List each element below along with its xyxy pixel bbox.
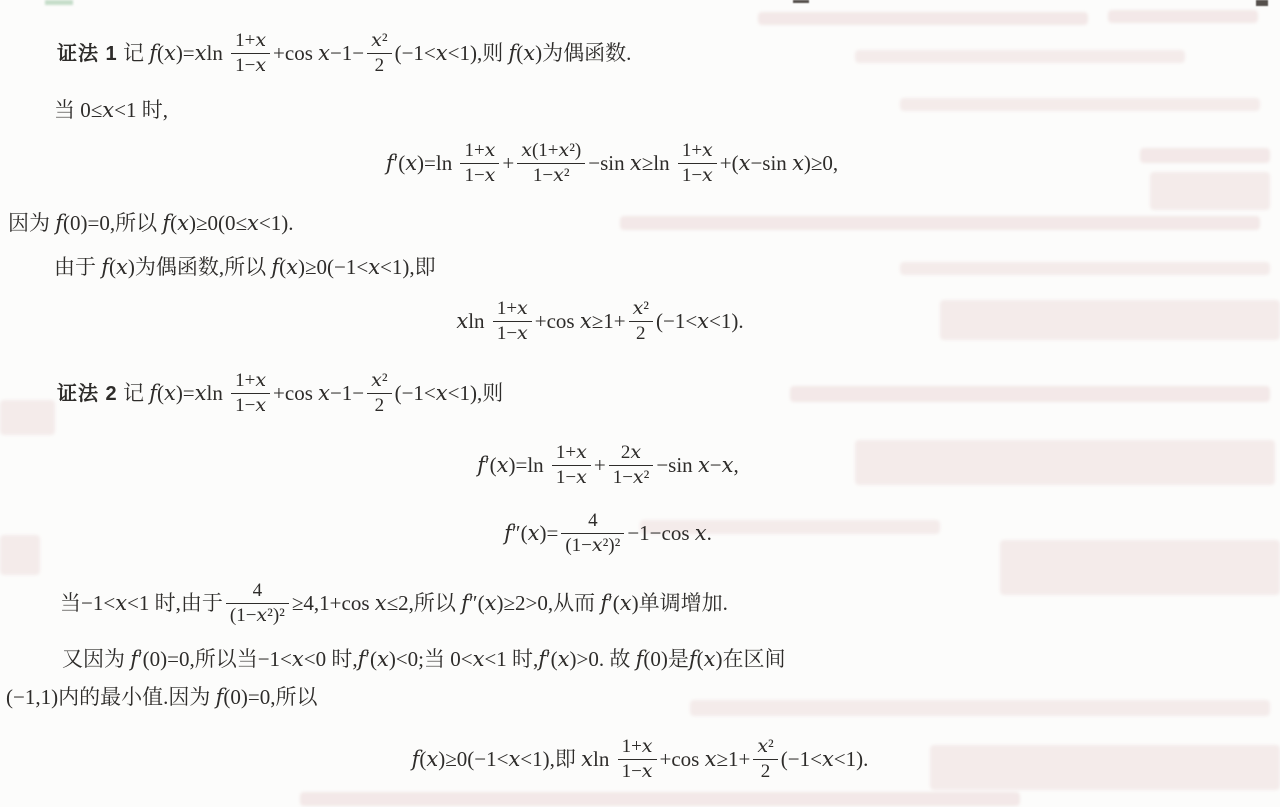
fraction: 1+x1−x [460,140,499,187]
proof2-final-inequality: f(x)≥0(−1<x<1),即 xln 1+x1−x+cos x≥1+x²2(… [0,738,1280,785]
proof2-sign-analysis-line: 又因为 f′(0)=0,所以当−1<x<0 时,f′(x)<0;当 0<x<1 … [62,646,785,673]
proof1-even-function-line: 由于 f(x)为偶函数,所以 f(x)≥0(−1<x<1),即 [54,254,436,281]
fraction: 1+x1−x [678,140,717,187]
proof2-monotonicity-line: 当−1<x<1 时,由于4(1−x²)²≥4,1+cos x≤2,所以 f″(x… [60,582,728,629]
proof1-derivative-equation: f′(x)=ln 1+x1−x+x(1+x²)1−x²−sin x≥ln 1+x… [0,142,1280,189]
highlighter-mark [45,0,73,5]
bleedthrough-smudge [900,98,1260,111]
fraction: x(1+x²)1−x² [517,140,585,187]
proof2-second-derivative-equation: f″(x)=4(1−x²)²−1−cos x. [0,512,1280,559]
bleedthrough-smudge [855,50,1185,63]
proof1-result-inequality: xln 1+x1−x+cos x≥1+x²2(−1<x<1). [0,300,1280,347]
fraction: 1+x1−x [493,298,532,345]
fraction: 4(1−x²)² [561,510,624,557]
fraction: 1+x1−x [618,736,657,783]
fraction: x²2 [367,370,391,417]
proof1-opening-line: 证法 1 记 f(x)=xln 1+x1−x+cos x−1−x²2(−1<x<… [57,32,631,79]
ink-dash [793,0,809,3]
scanned-textbook-page: 证法 1 记 f(x)=xln 1+x1−x+cos x−1−x²2(−1<x<… [0,0,1280,807]
ink-dash [1256,0,1268,6]
fraction: 4(1−x²)² [226,580,289,627]
fraction: 1+x1−x [552,442,591,489]
bleedthrough-smudge [690,700,1270,716]
bleedthrough-smudge [620,216,1260,230]
bleedthrough-smudge [790,386,1270,402]
fraction: x²2 [367,30,391,77]
bleedthrough-smudge [758,12,1088,25]
fraction: x²2 [629,298,653,345]
bleedthrough-smudge [300,792,1020,806]
fraction: 1+x1−x [231,30,270,77]
bleedthrough-smudge [1108,10,1258,23]
proof1-conclusion-line: 因为 f(0)=0,所以 f(x)≥0(0≤x<1). [8,210,293,237]
fraction: 1+x1−x [231,370,270,417]
fraction: x²2 [753,736,777,783]
proof2-first-derivative-equation: f′(x)=ln 1+x1−x+2x1−x²−sin x−x, [0,444,1280,491]
proof2-minimum-value-line: (−1,1)内的最小值.因为 f(0)=0,所以 [6,684,317,711]
proof2-opening-line: 证法 2 记 f(x)=xln 1+x1−x+cos x−1−x²2(−1<x<… [57,372,503,419]
bleedthrough-smudge [900,262,1270,275]
bleedthrough-smudge [0,400,55,435]
fraction: 2x1−x² [609,442,654,489]
proof1-case-line: 当 0≤x<1 时, [54,97,168,124]
